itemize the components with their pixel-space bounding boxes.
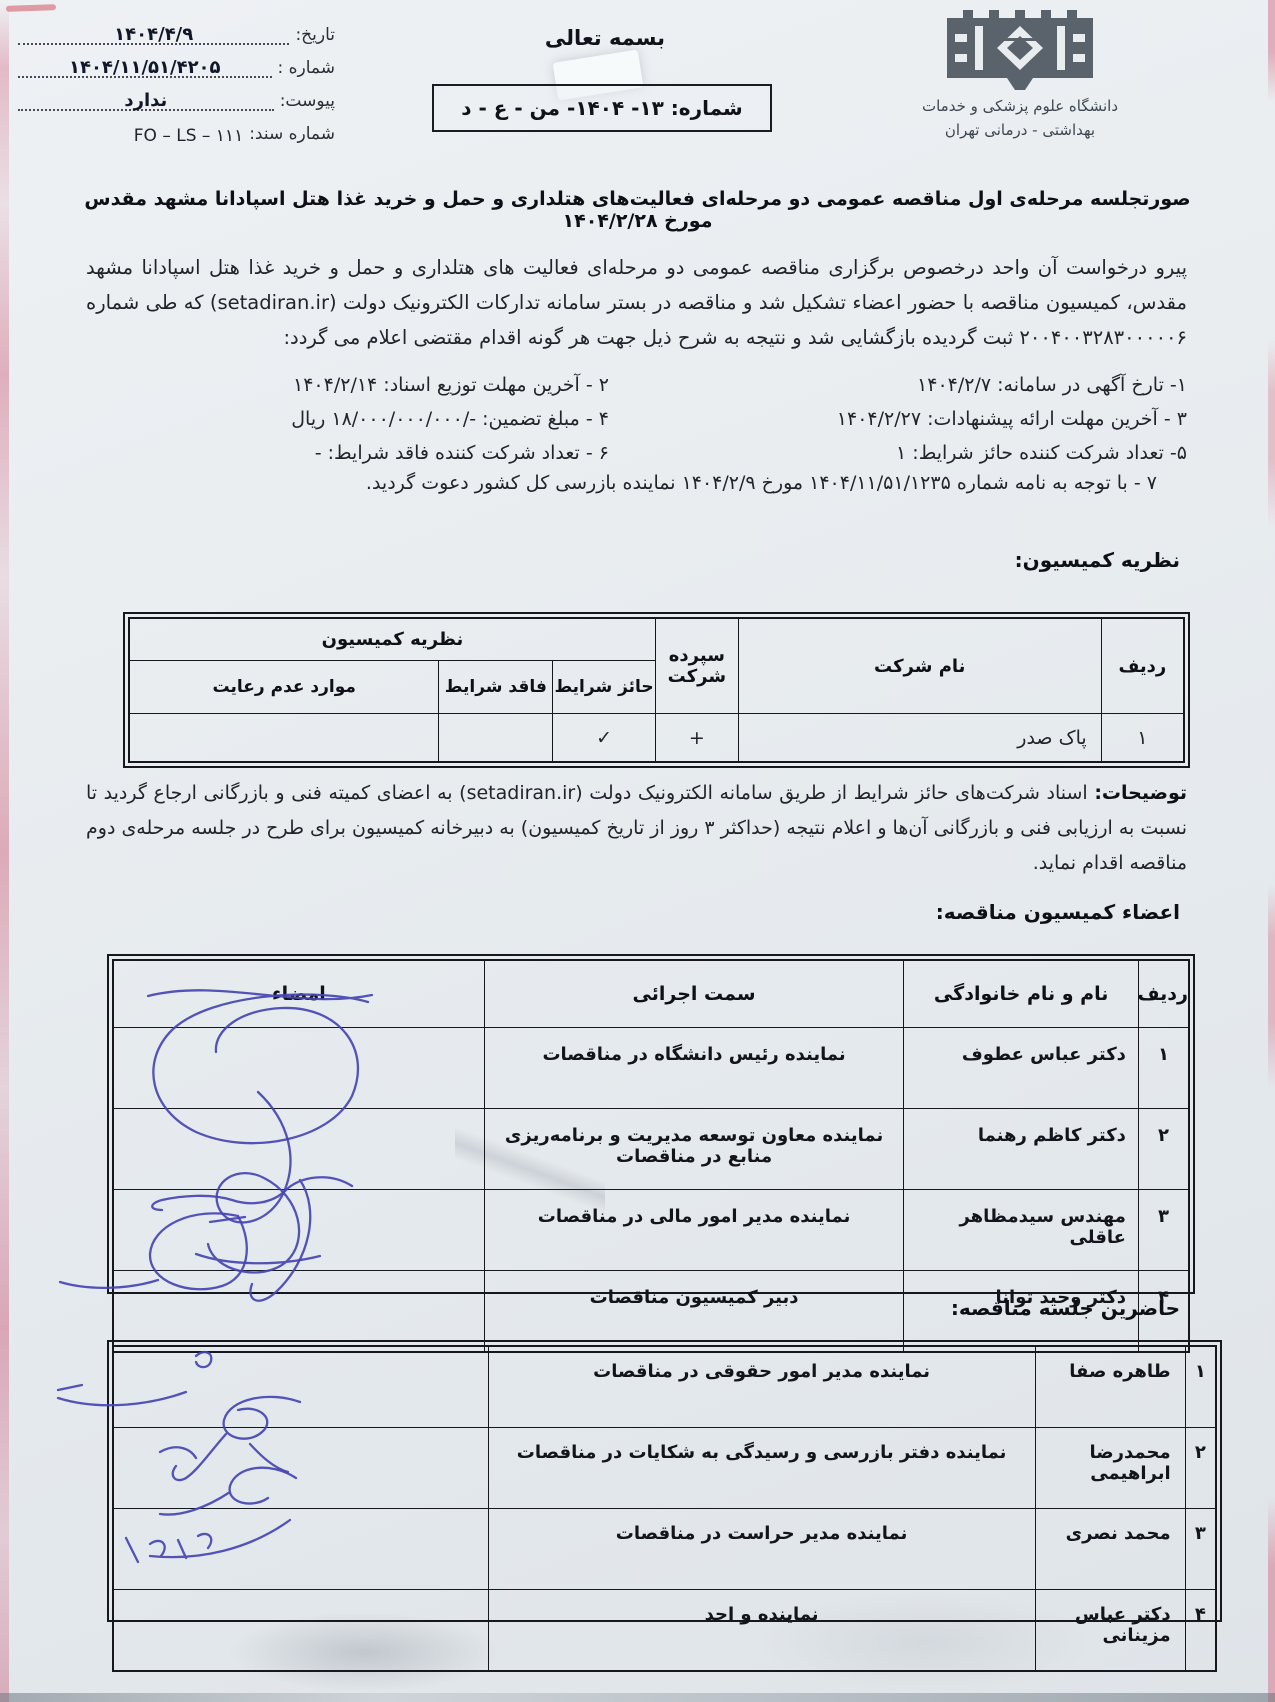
cell-deposit-mark: + bbox=[655, 714, 738, 762]
opinion-table: ردیف نام شرکت سپرده شرکت نظریه کمیسیون ح… bbox=[123, 612, 1190, 768]
col-header-row-index: ردیف bbox=[1101, 618, 1184, 714]
fact-item-5: ۵- تعداد شرکت کننده حائز شرایط: ۱ bbox=[609, 436, 1187, 470]
attendee-name: محمدرضا ابراهیمی bbox=[1035, 1428, 1185, 1509]
member-name: دکتر کاظم رهنما bbox=[904, 1109, 1139, 1190]
attachment-label: پیوست: bbox=[274, 91, 335, 111]
notes-paragraph: توضیحات: اسناد شرکت‌های حائز شرایط از طر… bbox=[86, 776, 1187, 881]
cell-noncompliance bbox=[129, 714, 439, 762]
cell-row-index: ۱ bbox=[1101, 714, 1184, 762]
document-title: صورتجلسه مرحله‌ی اول مناقصه عمومی دو مرح… bbox=[80, 188, 1195, 232]
attendee-name: طاهره صفا bbox=[1035, 1346, 1185, 1428]
letterhead-meta-fields: تاریخ: ۱۴۰۴/۴/۹ شماره : ۱۴۰۴/۱۱/۵۱/۴۲۰۵ … bbox=[18, 12, 335, 144]
member-position: نماینده رئیس دانشگاه در مناقصات bbox=[484, 1028, 904, 1109]
col-header-unqualified: فاقد شرایط bbox=[439, 660, 553, 714]
university-logo-icon bbox=[945, 8, 1095, 92]
col-header-company-name: نام شرکت bbox=[738, 618, 1101, 714]
meta-row-number: شماره : ۱۴۰۴/۱۱/۵۱/۴۲۰۵ bbox=[18, 45, 335, 78]
member-row-index: ۳ bbox=[1138, 1190, 1189, 1271]
cell-company-name: پاک صدر bbox=[738, 714, 1101, 762]
member-name: مهندس سیدمظاهر عاقلی bbox=[904, 1190, 1139, 1271]
attendee-name: محمد نصری bbox=[1035, 1509, 1185, 1590]
scan-artifact-left-edge bbox=[0, 0, 9, 1702]
besmele-text: بسمه تعالی bbox=[460, 26, 750, 50]
attendee-row-index: ۳ bbox=[1185, 1509, 1216, 1590]
member-row-index: ۲ bbox=[1138, 1109, 1189, 1190]
members-table-row: ۱ دکتر عباس عطوف نماینده رئیس دانشگاه در… bbox=[113, 1028, 1189, 1109]
fact-item-6: ۶ - تعداد شرکت کننده فاقد شرایط: - bbox=[86, 436, 609, 470]
attendee-position: نماینده مدیر حراست در مناقصات bbox=[488, 1509, 1035, 1590]
reference-number-box: شماره: ۱۳- ۱۴۰۴- من - ع - د bbox=[432, 84, 772, 132]
attendees-table: ۱ طاهره صفا نماینده مدیر امور حقوقی در م… bbox=[107, 1340, 1222, 1622]
scan-artifact-right-edge bbox=[1268, 0, 1275, 1702]
attendee-row-index: ۲ bbox=[1185, 1428, 1216, 1509]
member-signature-cell bbox=[113, 1028, 484, 1109]
member-row-index: ۱ bbox=[1138, 1028, 1189, 1109]
fact-item-1: ۱- تارخ آگهی در سامانه: ۱۴۰۴/۲/۷ bbox=[609, 368, 1187, 402]
doc-number-label: شماره سند: bbox=[243, 124, 335, 144]
attendees-table-row: ۴ دکتر عباس مزینانی نماینده و احد bbox=[113, 1590, 1216, 1672]
attendee-signature-cell bbox=[113, 1509, 488, 1590]
meta-row-attachment: پیوست: ندارد bbox=[18, 78, 335, 111]
doc-number-value: FO – LS – ۱۱۱ bbox=[134, 126, 243, 146]
cell-qualified-checkmark: ✓ bbox=[553, 714, 656, 762]
opinion-section-heading: نظریه کمیسیون: bbox=[1015, 548, 1180, 572]
col-header-company-deposit: سپرده شرکت bbox=[655, 618, 738, 714]
cell-unqualified bbox=[439, 714, 553, 762]
attendee-position: نماینده دفتر بازرسی و رسیدگی به شکایات د… bbox=[488, 1428, 1035, 1509]
org-name-line1: دانشگاه علوم پزشکی و خدمات bbox=[915, 96, 1125, 116]
col-header-commission-opinion-group: نظریه کمیسیون bbox=[129, 618, 655, 660]
members-header-row-index: ردیف bbox=[1138, 960, 1189, 1028]
member-position: نماینده مدیر امور مالی در مناقصات bbox=[484, 1190, 904, 1271]
notes-label: توضیحات: bbox=[1094, 782, 1187, 804]
members-section-heading: اعضاء کمیسیون مناقصه: bbox=[936, 900, 1180, 924]
attachment-value: ندارد bbox=[124, 90, 167, 111]
attendee-signature-cell bbox=[113, 1428, 488, 1509]
member-signature-cell bbox=[113, 1109, 484, 1190]
attendees-table-row: ۳ محمد نصری نماینده مدیر حراست در مناقصا… bbox=[113, 1509, 1216, 1590]
fact-item-2: ۲ - آخرین مهلت توزیع اسناد: ۱۴۰۴/۲/۱۴ bbox=[86, 368, 609, 402]
meta-row-date: تاریخ: ۱۴۰۴/۴/۹ bbox=[18, 12, 335, 45]
members-table-row: ۳ مهندس سیدمظاهر عاقلی نماینده مدیر امور… bbox=[113, 1190, 1189, 1271]
members-table: ردیف نام و نام خانوادگی سمت اجرائی امضاء… bbox=[107, 954, 1195, 1294]
attendee-row-index: ۴ bbox=[1185, 1590, 1216, 1672]
date-label: تاریخ: bbox=[289, 25, 335, 45]
org-name-line2: بهداشتی - درمانی تهران bbox=[915, 120, 1125, 140]
member-position: نماینده معاون توسعه مدیریت و برنامه‌ریزی… bbox=[484, 1109, 904, 1190]
attendee-name: دکتر عباس مزینانی bbox=[1035, 1590, 1185, 1672]
attendee-signature-cell bbox=[113, 1346, 488, 1428]
letterhead-logo-block: دانشگاه علوم پزشکی و خدمات بهداشتی - درم… bbox=[915, 8, 1125, 140]
fact-item-4: ۴ - مبلغ تضمین: -/۱۸/۰۰۰/۰۰۰/۰۰۰ ریال bbox=[86, 402, 609, 436]
attendee-position: نماینده و احد bbox=[488, 1590, 1035, 1672]
meta-row-doc-number: شماره سند: FO – LS – ۱۱۱ bbox=[18, 111, 335, 144]
member-name: دکتر عباس عطوف bbox=[904, 1028, 1139, 1109]
attendees-section-heading: حاضرین جلسه مناقصه: bbox=[951, 1296, 1180, 1320]
scan-artifact-red-dash bbox=[6, 4, 56, 12]
intro-paragraph: پیرو درخواست آن واحد درخصوص برگزاری مناق… bbox=[86, 250, 1187, 355]
notes-text: اسناد شرکت‌های حائز شرایط از طریق سامانه… bbox=[86, 782, 1187, 874]
member-signature-cell bbox=[113, 1190, 484, 1271]
members-header-signature: امضاء bbox=[113, 960, 484, 1028]
scan-artifact-bottom-edge bbox=[0, 1693, 1275, 1702]
members-header-position: سمت اجرائی bbox=[484, 960, 904, 1028]
attendee-signature-cell bbox=[113, 1590, 488, 1672]
number-value: ۱۴۰۴/۱۱/۵۱/۴۲۰۵ bbox=[69, 57, 221, 78]
attendees-table-row: ۱ طاهره صفا نماینده مدیر امور حقوقی در م… bbox=[113, 1346, 1216, 1428]
facts-col-right: ۱- تارخ آگهی در سامانه: ۱۴۰۴/۲/۷ ۳ - آخر… bbox=[609, 368, 1187, 470]
tender-facts-list: ۱- تارخ آگهی در سامانه: ۱۴۰۴/۲/۷ ۳ - آخر… bbox=[86, 368, 1187, 470]
scanned-document-page: دانشگاه علوم پزشکی و خدمات بهداشتی - درم… bbox=[0, 0, 1275, 1702]
fact-item-7: ۷ - با توجه به نامه شماره ۱۴۰۴/۱۱/۵۱/۱۲۳… bbox=[86, 472, 1157, 494]
attendee-position: نماینده مدیر امور حقوقی در مناقصات bbox=[488, 1346, 1035, 1428]
date-value: ۱۴۰۴/۴/۹ bbox=[114, 24, 193, 45]
facts-col-left: ۲ - آخرین مهلت توزیع اسناد: ۱۴۰۴/۲/۱۴ ۴ … bbox=[86, 368, 609, 470]
members-header-full-name: نام و نام خانوادگی bbox=[904, 960, 1139, 1028]
opinion-table-row: ۱ پاک صدر + ✓ bbox=[129, 714, 1184, 762]
number-label: شماره : bbox=[272, 58, 336, 78]
fact-item-3: ۳ - آخرین مهلت ارائه پیشنهادات: ۱۴۰۴/۲/۲… bbox=[609, 402, 1187, 436]
attendees-table-row: ۲ محمدرضا ابراهیمی نماینده دفتر بازرسی و… bbox=[113, 1428, 1216, 1509]
col-header-qualified: حائز شرایط bbox=[553, 660, 656, 714]
attendee-row-index: ۱ bbox=[1185, 1346, 1216, 1428]
col-header-noncompliance: موارد عدم رعایت bbox=[129, 660, 439, 714]
members-table-row: ۲ دکتر کاظم رهنما نماینده معاون توسعه مد… bbox=[113, 1109, 1189, 1190]
